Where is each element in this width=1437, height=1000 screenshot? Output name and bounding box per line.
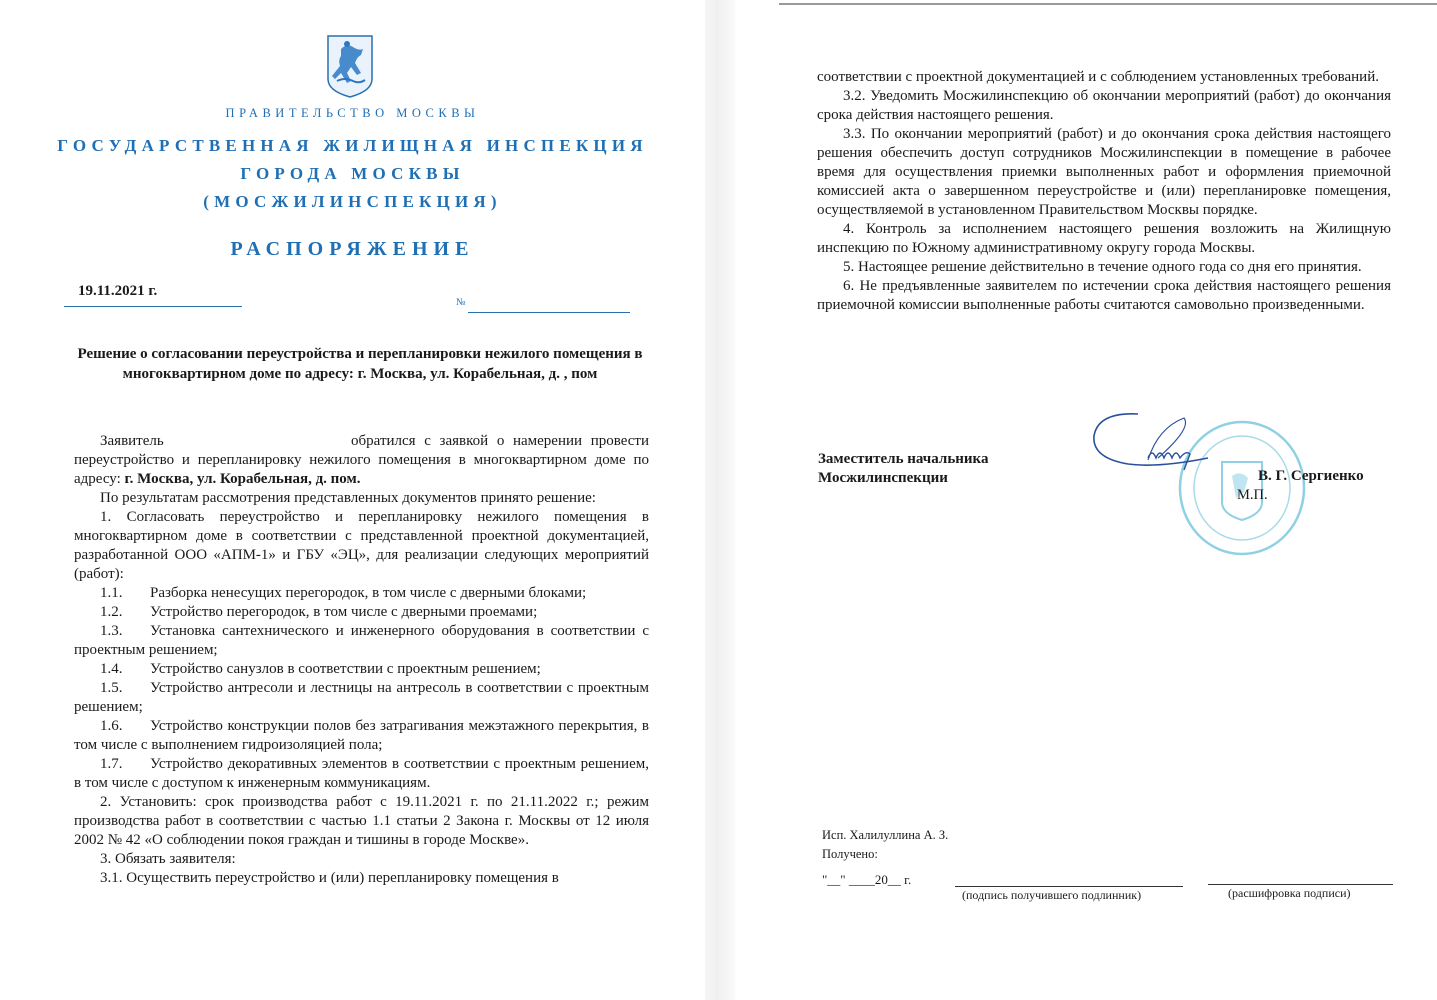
signer-name: В. Г. Сергиенко <box>1258 468 1364 485</box>
government-label: ПРАВИТЕЛЬСТВО МОСКВЫ <box>0 106 705 121</box>
decision-title: Решение о согласовании переустройства и … <box>70 344 650 384</box>
org-name-line3: (МОСЖИЛИНСПЕКЦИЯ) <box>0 192 705 212</box>
org-name-line1: ГОСУДАРСТВЕННАЯ ЖИЛИЩНАЯ ИНСПЕКЦИЯ <box>0 136 705 156</box>
signature-decode-caption: (расшифровка подписи) <box>1228 886 1351 901</box>
moscow-coat-of-arms-icon <box>325 33 375 99</box>
clause-1-3: 1.3.Установка сантехнического и инженерн… <box>74 622 649 660</box>
clause-1: 1. Согласовать переустройство и переплан… <box>74 508 649 584</box>
results-paragraph: По результатам рассмотрения представленн… <box>74 489 649 508</box>
clause-1-2: 1.2.Устройство перегородок, в том числе … <box>74 603 649 622</box>
right-page-body: соответствии с проектной документацией и… <box>817 68 1391 315</box>
signature-icon <box>1088 408 1218 478</box>
clause-1-6: 1.6.Устройство конструкции полов без зат… <box>74 717 649 755</box>
recipient-signature-caption: (подпись получившего подлинник) <box>962 888 1141 903</box>
executor-name: Исп. Халилуллина А. З. <box>822 826 948 845</box>
document-type: РАСПОРЯЖЕНИЕ <box>0 238 705 261</box>
clause-1-4: 1.4.Устройство санузлов в соответствии с… <box>74 660 649 679</box>
applicant-address: г. Москва, ул. Корабельная, д. пом. <box>125 471 361 487</box>
applicant-label: Заявитель <box>100 433 164 449</box>
executor-block: Исп. Халилуллина А. З. Получено: <box>822 826 948 864</box>
number-underline <box>468 312 630 313</box>
clause-3-1-continued: соответствии с проектной документацией и… <box>817 68 1391 87</box>
document-date: 19.11.2021 г. <box>78 283 157 300</box>
org-name-line2: ГОРОДА МОСКВЫ <box>0 164 705 184</box>
clause-1-1: 1.1.Разборка ненесущих перегородок, в то… <box>74 584 649 603</box>
applicant-paragraph: Заявитель обратился с заявкой о намерени… <box>74 432 649 489</box>
clause-1-7: 1.7.Устройство декоративных элементов в … <box>74 755 649 793</box>
recipient-signature-line <box>955 886 1183 887</box>
clause-5: 5. Настоящее решение действительно в теч… <box>817 258 1391 277</box>
received-date-field: "__" ____20__ г. <box>822 872 911 888</box>
signature-decode-line <box>1208 884 1393 885</box>
date-underline <box>64 306 242 307</box>
received-label: Получено: <box>822 845 948 864</box>
document-number-label: № <box>456 297 466 308</box>
signer-title-line1: Заместитель начальника <box>818 450 988 469</box>
clause-3-1: 3.1. Осуществить переустройство и (или) … <box>74 869 649 888</box>
page-gutter <box>705 0 735 1000</box>
clause-4: 4. Контроль за исполнением настоящего ре… <box>817 220 1391 258</box>
document-page-1: ПРАВИТЕЛЬСТВО МОСКВЫ ГОСУДАРСТВЕННАЯ ЖИЛ… <box>0 0 705 1000</box>
clause-3-3: 3.3. По окончании мероприятий (работ) и … <box>817 125 1391 220</box>
stamp-place-label: М.П. <box>1237 487 1268 504</box>
clause-1-5: 1.5.Устройство антресоли и лестницы на а… <box>74 679 649 717</box>
clause-2: 2. Установить: срок производства работ с… <box>74 793 649 850</box>
clause-6: 6. Не предъявленные заявителем по истече… <box>817 277 1391 315</box>
signer-title-line2: Мосжилинспекции <box>818 469 988 488</box>
page-top-rule <box>779 3 1437 5</box>
clause-3-2: 3.2. Уведомить Мосжилинспекцию об оконча… <box>817 87 1391 125</box>
clause-3: 3. Обязать заявителя: <box>74 850 649 869</box>
signer-title: Заместитель начальника Мосжилинспекции <box>818 450 988 488</box>
left-page-body: Заявитель обратился с заявкой о намерени… <box>74 432 649 888</box>
